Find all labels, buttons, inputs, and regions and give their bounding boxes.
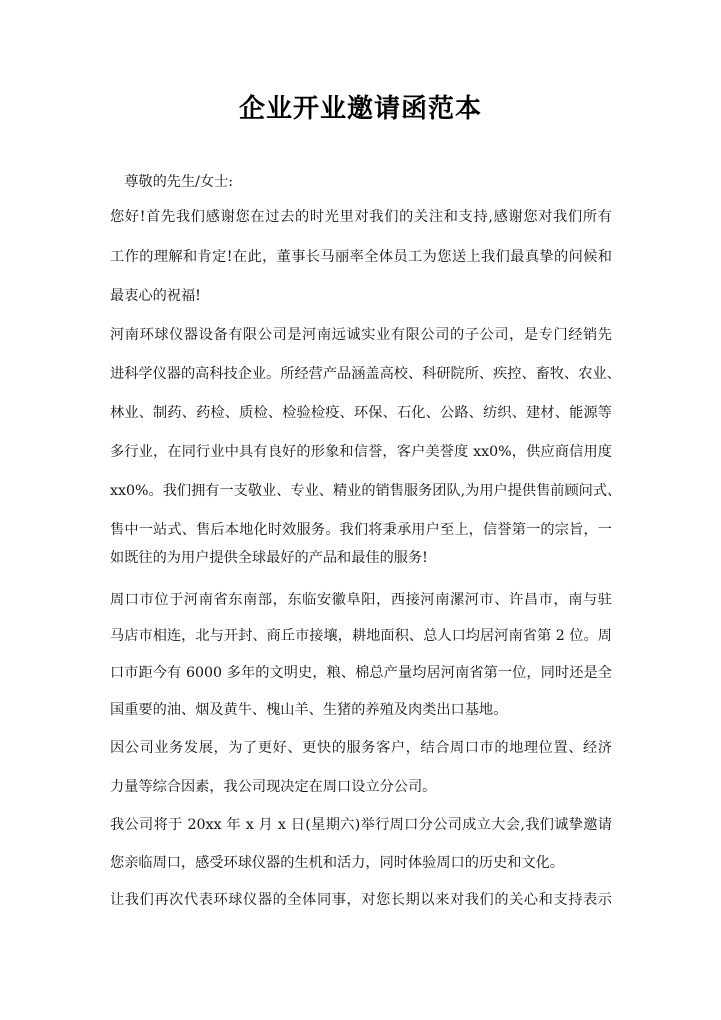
paragraph-line: 让我们再次代表环球仪器的全体同事，对您长期以来对我们的关心和支持表示: [110, 890, 612, 910]
paragraph-line: 周口市位于河南省东南部，东临安徽阜阳，西接河南漯河市、许昌市，南与驻: [110, 590, 612, 610]
paragraph-line: 河南环球仪器设备有限公司是河南远诚实业有限公司的子公司，是专门经销先: [110, 325, 612, 345]
paragraph-line: 我公司将于 20xx 年 x 月 x 日(星期六)举行周口分公司成立大会,我们诚…: [110, 815, 612, 835]
paragraph-line: 马店市相连，北与开封、商丘市接壤，耕地面积、总人口均居河南省第 2 位。周: [110, 626, 612, 646]
paragraph-line: 最衷心的祝福!: [110, 286, 612, 306]
paragraph-line: 因公司业务发展，为了更好、更快的服务客户，结合周口市的地理位置、经济: [110, 738, 612, 758]
paragraph-line: 多行业，在同行业中具有良好的形象和信誉，客户美誉度 xx0%，供应商信用度: [110, 442, 612, 462]
paragraph-line: 工作的理解和肯定!在此，董事长马丽率全体员工为您送上我们最真挚的问候和: [110, 247, 612, 267]
paragraph-line: 国重要的油、烟及黄牛、槐山羊、生猪的养殖及肉类出口基地。: [110, 700, 612, 720]
document-title: 企业开业邀请函范本: [0, 88, 721, 125]
paragraph-line: 力量等综合因素，我公司现决定在周口设立分公司。: [110, 777, 612, 797]
paragraph-line: 您好!首先我们感谢您在过去的时光里对我们的关注和支持,感谢您对我们所有: [110, 207, 612, 227]
paragraph-line: 如既往的为用户提供全球最好的产品和最佳的服务!: [110, 548, 612, 568]
paragraph-line: 售中一站式、售后本地化时效服务。我们将秉承用户至上，信誉第一的宗旨，一: [110, 520, 612, 540]
paragraph-line: 进科学仪器的高科技企业。所经营产品涵盖高校、科研院所、疾控、畜牧、农业、: [110, 364, 612, 384]
paragraph-line: xx0%。我们拥有一支敬业、专业、精业的销售服务团队,为用户提供售前顾问式、: [110, 481, 612, 501]
paragraph-line: 尊敬的先生/女士:: [110, 172, 612, 192]
paragraph-line: 口市距今有 6000 多年的文明史，粮、棉总产量均居河南省第一位，同时还是全: [110, 663, 612, 683]
paragraph-line: 林业、制药、药检、质检、检验检疫、环保、石化、公路、纺织、建材、能源等: [110, 403, 612, 423]
paragraph-line: 您亲临周口，感受环球仪器的生机和活力，同时体验周口的历史和文化。: [110, 853, 612, 873]
